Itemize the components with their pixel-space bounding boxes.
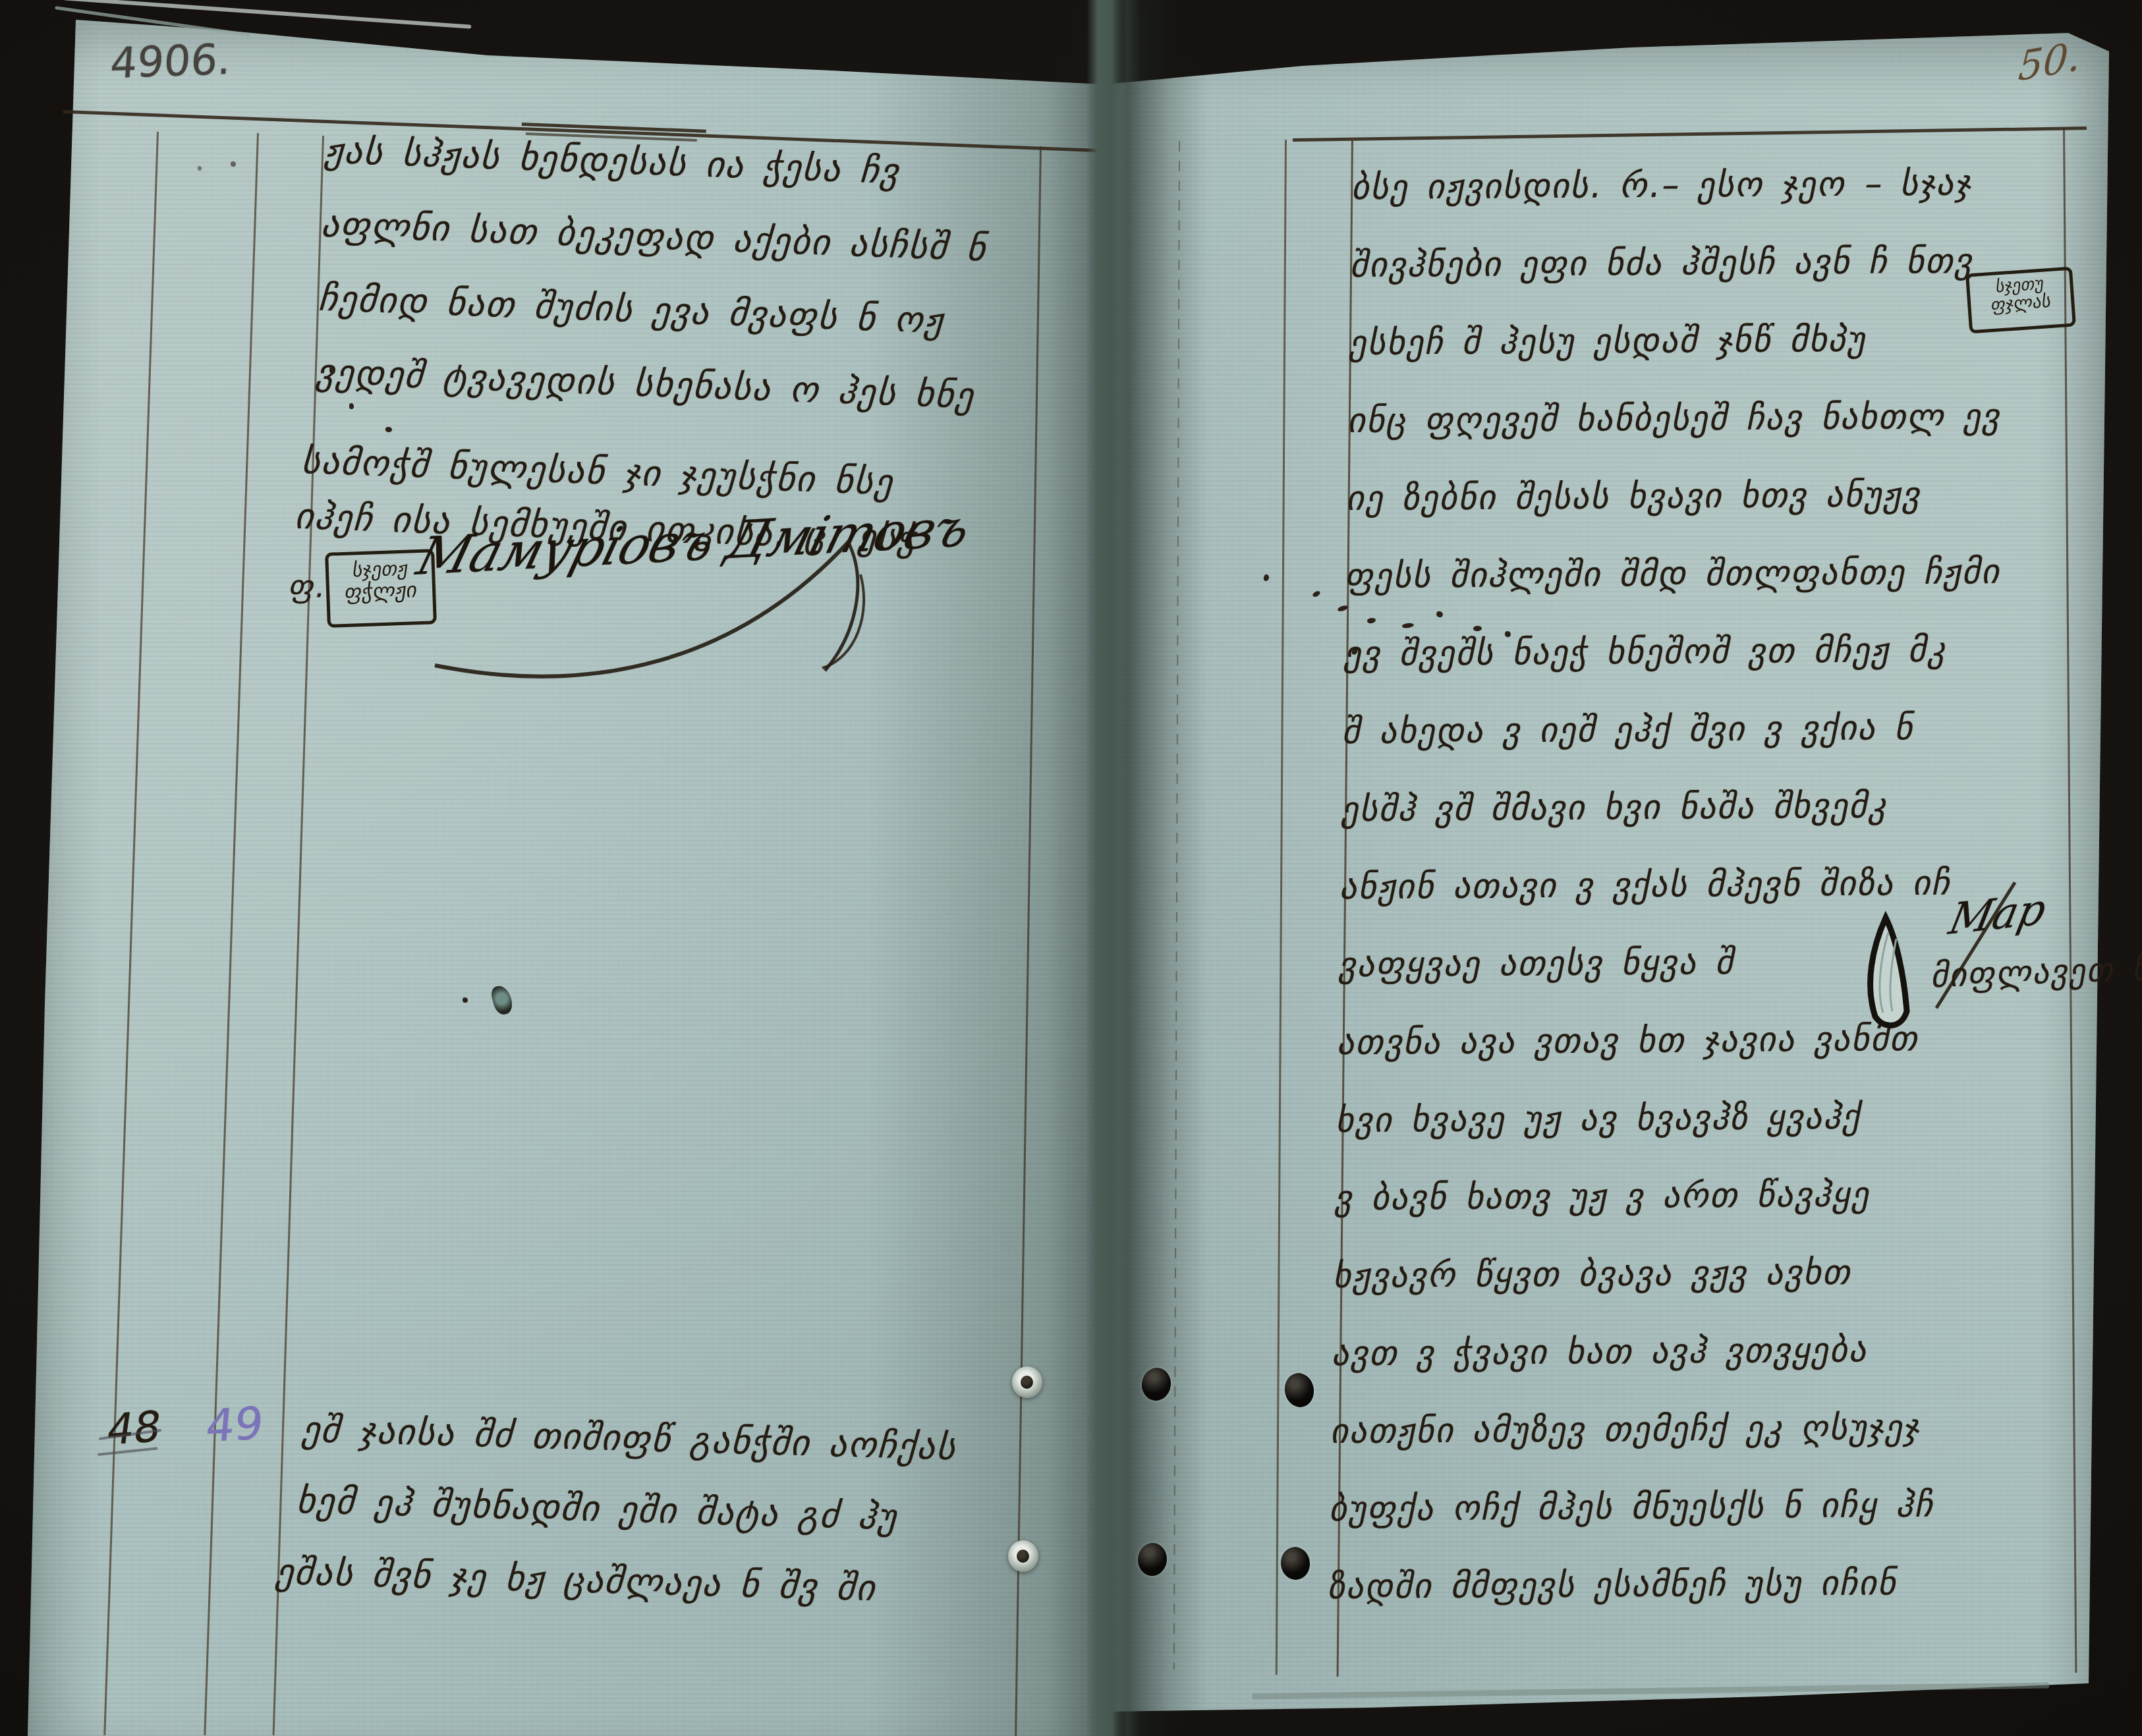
ink-speck [1505,631,1511,637]
manuscript-line-right: შივჰნები ეფი ნძა ჰშესჩ ავნ ჩ ნთვ [1348,241,1979,285]
manuscript-line-right: იე ზებნი შესას ხვავი ხთვ ანუჟვ [1344,475,1927,518]
ink-speck [463,997,468,1003]
manuscript-line-right: ზადში მმფევს ესამნეჩ უსუ იჩინ [1326,1563,1903,1607]
ink-speck [329,366,335,374]
manuscript-line-right: ხვი ხვავე უჟ ავ ხვავჰზ ყვაჰქ [1334,1097,1867,1140]
manuscript-line-right: იათჟნი ამუზევ თემეჩქ ეკ ღსუჯეჯ [1328,1408,1926,1451]
manuscript-book-scan: 4906. 50. 48 49 ჟას სჰჟას ხენდესას ია ჭე… [0,0,2142,1736]
manuscript-line-right: ესშჰ ვშ შმავი ხვი ნაშა შხვემკ [1339,786,1893,829]
manuscript-line-right: ანჟინ ათავი ვ ვქას მჰევნ შიზა იჩ [1338,864,1957,908]
manuscript-line-right: ვ ბავნ ხათვ უჟ ვ ართ წავჰყე [1332,1175,1876,1218]
manuscript-line-right: ესხეჩ შ ჰესუ ესდაშ ჯნწ მხპუ [1347,320,1872,364]
ink-speck [349,403,354,409]
annotation-fragment: მიფლავეთ ნ [1929,949,2142,995]
archival-number: 4906. [109,36,233,89]
manuscript-line-right: შ ახედა ვ იეშ ეჰქ შვი ვ ვქია ნ [1340,708,1920,752]
ink-speck [198,166,202,171]
manuscript-line-right: ხჟვავრ წყვთ ბვავა ვჟვ ავხთ [1331,1253,1857,1297]
manuscript-line-right: ევ შვეშს ნაეჭ ხნეშოშ ვთ მჩეჟ მკ [1341,630,1952,674]
manuscript-line-right: ვაფყვაე ათესვ ნყვა შ [1336,943,1741,985]
left-page [26,16,1103,1736]
signature-flourish [395,501,922,698]
binding-grommet [1008,1540,1038,1572]
ink-speck [385,427,392,432]
paper-crease [1858,912,1937,1038]
manuscript-line-right: ათვნა ავა ვთავ ხთ ჯავია ვანმთ [1335,1019,1925,1063]
manuscript-line-right: ინც ფღევეშ ხანბესეშ ჩავ ნახთლ ევ [1345,397,2007,441]
binding-grommet [1012,1366,1042,1398]
manuscript-line-right: ბუფქა ოჩქ მჰეს მნუესქს ნ იჩყ ჰჩ [1327,1486,1940,1529]
manuscript-line-right: ბსე იჟვისდის. რ.– ესო ჯეო – სჯაჯ [1349,163,1978,208]
manuscript-line-right: ფესს შიჰლეში შმდ შთლფანთე ჩჟმი [1343,552,2006,596]
manuscript-line-right: ავთ ვ ჭვავი ხათ ავჰ ვთვყება [1330,1330,1873,1374]
left-folio-number-violet: 49 [204,1397,265,1453]
ink-stamp-right: სჯეთუ ფჯლას [1965,266,2076,333]
ink-speck [231,161,236,167]
